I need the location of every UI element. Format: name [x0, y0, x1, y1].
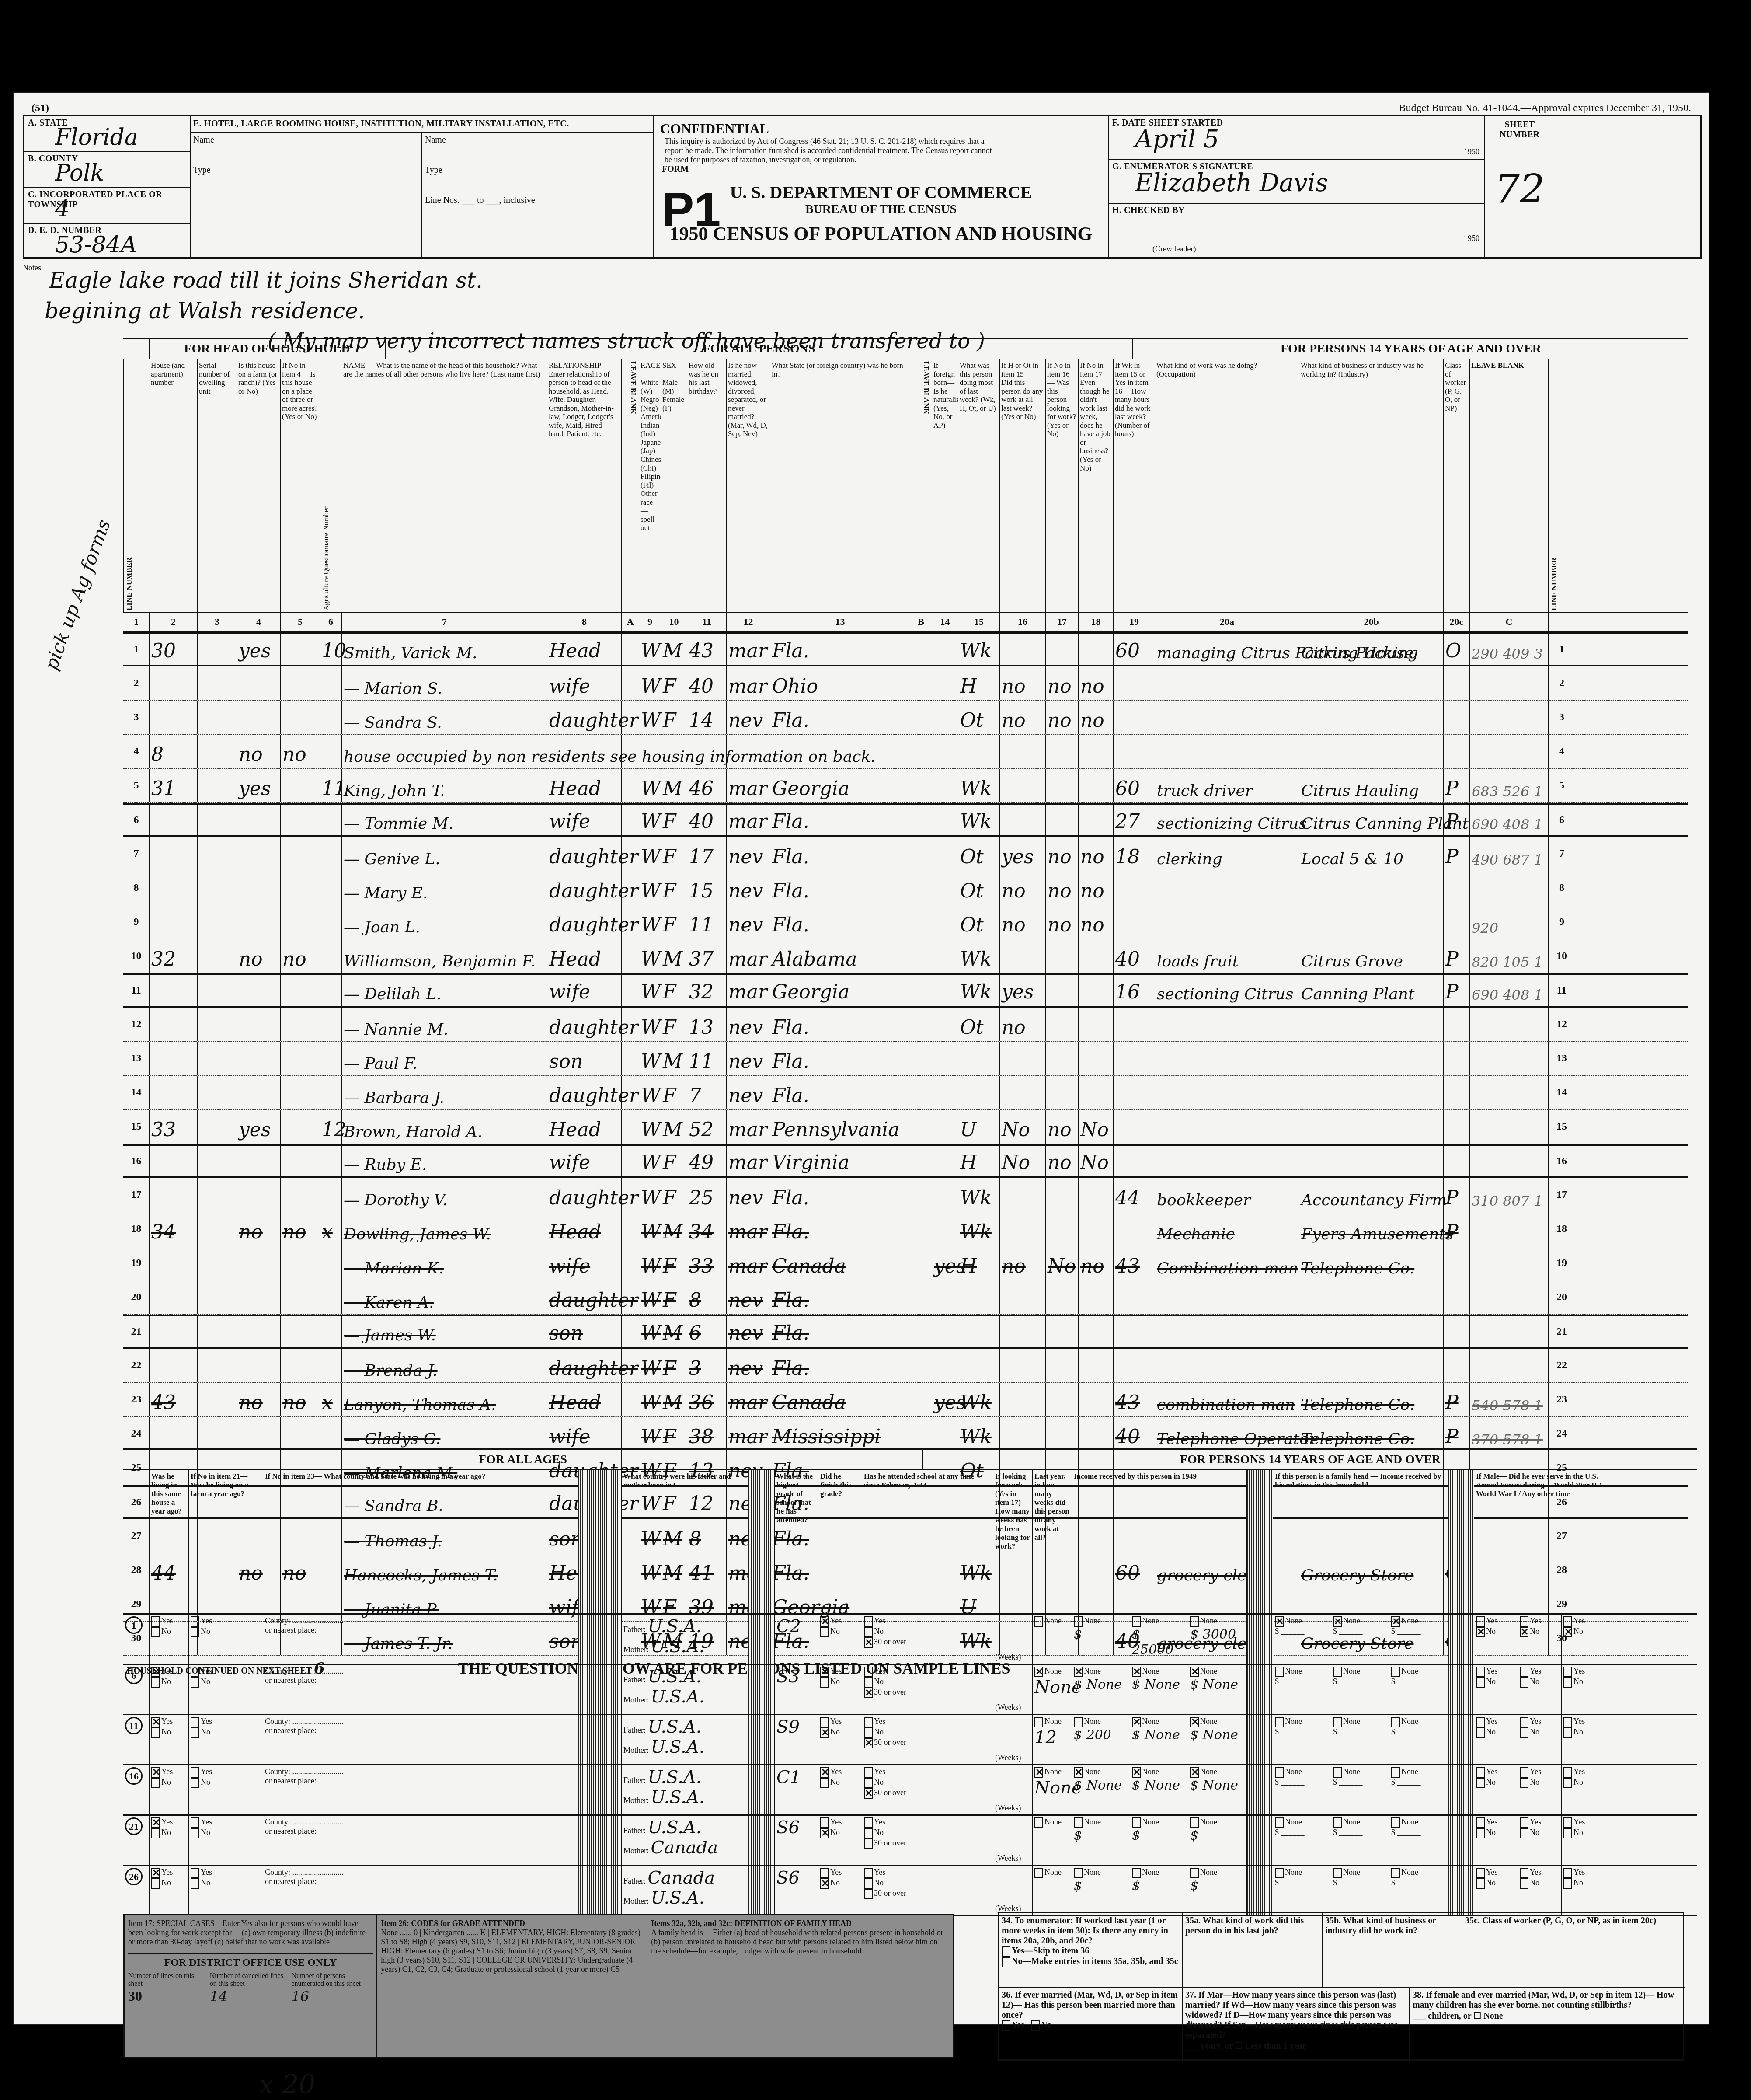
ag-questionnaire: 11 [320, 769, 342, 802]
has-job [1079, 805, 1114, 835]
leave-blank-e [748, 1615, 775, 1664]
table-row: 20— Karen A.daughterWF8nevFla.20 [123, 1280, 1688, 1315]
q31b-business: None$ 25000 [1130, 1615, 1188, 1664]
q21-no-checkbox[interactable] [151, 1677, 160, 1688]
q31b-none-checkbox[interactable]: ✕ [1132, 1717, 1141, 1727]
q27-no-checkbox[interactable]: ✕ [820, 1878, 829, 1889]
marital-status: nev [727, 1076, 770, 1109]
q27-no-checkbox[interactable] [820, 1778, 829, 1788]
industry [1299, 1349, 1444, 1382]
q33a-no-checkbox[interactable] [1476, 1727, 1485, 1738]
q24-residence: County: ..........................or nea… [263, 1765, 578, 1814]
class-of-worker [1444, 1246, 1470, 1280]
q21-yes-checkbox[interactable] [151, 1616, 160, 1627]
sample-line-number: 6 [123, 1665, 150, 1714]
marital-status: mar [727, 634, 770, 665]
looking-for-work: no [1046, 1110, 1079, 1144]
serial-number [198, 735, 237, 768]
industry: Telephone Co. [1299, 1246, 1444, 1280]
ag-questionnaire [320, 805, 342, 835]
serial-number [198, 1417, 237, 1451]
q31b-none-checkbox[interactable]: ✕ [1132, 1767, 1141, 1778]
leave-blank-b [910, 1316, 932, 1347]
q22-yes-checkbox[interactable] [191, 1616, 199, 1627]
line-number-right: 1 [1549, 634, 1575, 665]
q22-yes-checkbox[interactable] [191, 1767, 199, 1778]
line-number-right: 24 [1549, 1417, 1575, 1451]
looking-for-work: no [1046, 701, 1079, 734]
q34-yes-checkbox[interactable] [1002, 1946, 1010, 1957]
q27-yes-checkbox[interactable]: ✕ [820, 1667, 829, 1677]
leave-blank-b [910, 1246, 932, 1280]
has-job [1079, 1042, 1114, 1075]
q32b-none-checkbox[interactable] [1333, 1817, 1342, 1828]
leave-blank-e [748, 1765, 775, 1814]
q33c-yes-checkbox[interactable] [1563, 1767, 1572, 1778]
house-number [150, 1316, 198, 1347]
q32c: None$ ______ [1389, 1665, 1448, 1714]
q30-none-checkbox[interactable] [1034, 1717, 1043, 1727]
leave-blank-g [1448, 1866, 1474, 1915]
q31a-none-checkbox[interactable] [1074, 1817, 1083, 1828]
q26-grade: C1 [775, 1765, 818, 1814]
industry: Local 5 & 10 [1299, 837, 1444, 871]
sample-lines-section: FOR ALL AGES FOR PERSONS 14 YEARS OF AGE… [123, 1448, 1697, 1908]
q33b-yes-checkbox[interactable] [1520, 1667, 1528, 1677]
q33a-no-checkbox[interactable] [1476, 1778, 1485, 1788]
leave-blank-a [622, 1178, 639, 1212]
house-number: 33 [150, 1110, 198, 1144]
ag-questionnaire [320, 1316, 342, 1347]
has-job: no [1079, 905, 1114, 939]
q21-no-checkbox[interactable] [151, 1778, 160, 1788]
q21-no-checkbox[interactable] [151, 1828, 160, 1838]
q32a-none-checkbox[interactable] [1275, 1667, 1284, 1677]
leave-blank-d [578, 1665, 622, 1714]
q22-no-checkbox[interactable] [191, 1727, 199, 1738]
q32a: None$ ______ [1273, 1715, 1331, 1764]
q30-none-checkbox[interactable] [1034, 1868, 1043, 1878]
q33c-yes-checkbox[interactable] [1563, 1817, 1572, 1828]
q31b-none-checkbox[interactable]: ✕ [1132, 1667, 1141, 1677]
q33a-no-checkbox[interactable]: ✕ [1476, 1627, 1485, 1637]
q22-no-checkbox[interactable] [191, 1627, 199, 1637]
age [687, 735, 727, 768]
q33a-yes-checkbox[interactable] [1476, 1817, 1485, 1828]
did-work: No [1000, 1110, 1046, 1144]
leave-blank-a [622, 1042, 639, 1075]
marital-status: mar [727, 1417, 770, 1451]
q33b-no-checkbox[interactable] [1520, 1778, 1528, 1788]
has-job: no [1079, 1246, 1114, 1280]
q30-none-checkbox[interactable]: ✕ [1034, 1767, 1043, 1778]
q33b-yes-checkbox[interactable] [1520, 1616, 1528, 1627]
q31c-none-checkbox[interactable]: ✕ [1190, 1717, 1199, 1727]
sex: F [661, 905, 687, 939]
sample-rows: 1YesNoYesNoCounty: .....................… [123, 1615, 1697, 1916]
farm [237, 1178, 281, 1212]
census-title: 1950 CENSUS OF POPULATION AND HOUSING [660, 223, 1102, 245]
marital-status: mar [727, 769, 770, 802]
q31b-business: ✕None$ None [1130, 1765, 1188, 1814]
question-36: 36. If ever married (Mar, Wd, D, or Sep … [999, 1988, 1183, 2062]
looking-for-work [1046, 1417, 1079, 1451]
q33a-yes-checkbox[interactable] [1476, 1767, 1485, 1778]
q32a-none-checkbox[interactable] [1275, 1817, 1284, 1828]
ag-questionnaire [320, 1280, 342, 1314]
acres [281, 1246, 320, 1280]
q28-attended: YesNo30 or over [862, 1866, 993, 1915]
q28-yes-checkbox[interactable] [864, 1717, 873, 1727]
q33b-no-checkbox[interactable] [1520, 1727, 1528, 1738]
q27-yes-checkbox[interactable]: ✕ [820, 1616, 829, 1627]
naturalized [932, 1280, 958, 1314]
q33c-no-checkbox[interactable] [1563, 1828, 1572, 1838]
q30-weeks-worked: ✕NoneNone [1033, 1765, 1072, 1814]
looking-for-work [1046, 1212, 1079, 1246]
q33a-yes-checkbox[interactable] [1476, 1616, 1485, 1627]
q33c-other: YesNo [1562, 1866, 1605, 1915]
q22-yes-checkbox[interactable] [191, 1868, 199, 1878]
q28-yes-checkbox[interactable] [864, 1868, 873, 1878]
line-number-right: 4 [1549, 735, 1575, 768]
form-code: (51) [31, 102, 49, 114]
q28-yes-checkbox[interactable] [864, 1817, 873, 1828]
leave-blank-g [1448, 1816, 1474, 1865]
q32c-none-checkbox[interactable]: ✕ [1391, 1616, 1400, 1627]
q22-yes-checkbox[interactable] [191, 1667, 199, 1677]
q27-yes-checkbox[interactable] [820, 1817, 829, 1828]
occupation [1155, 1042, 1299, 1075]
birthplace: Virginia [770, 1146, 910, 1176]
question-35c: 35c. Class of worker (P, G, O, or NP, as… [1462, 1913, 1685, 1988]
occupation [1155, 905, 1299, 939]
industry [1299, 905, 1444, 939]
q33c-no-checkbox[interactable] [1563, 1778, 1572, 1788]
q33b-no-checkbox[interactable] [1520, 1878, 1528, 1889]
has-job [1079, 975, 1114, 1006]
q28-no-checkbox[interactable] [864, 1627, 873, 1637]
leave-blank-d [578, 1816, 622, 1865]
q34-no-checkbox[interactable] [1002, 1957, 1010, 1967]
sex: F [661, 975, 687, 1006]
q28-no-checkbox[interactable] [864, 1828, 873, 1838]
house-number: 31 [150, 769, 198, 802]
q28-30-over-checkbox[interactable]: ✕ [864, 1637, 873, 1648]
q27-finished: Yes✕No [818, 1715, 862, 1764]
q33a-yes-checkbox[interactable] [1476, 1717, 1485, 1727]
q32c-none-checkbox[interactable] [1391, 1817, 1400, 1828]
farm [237, 1349, 281, 1382]
q31b-none-checkbox[interactable] [1132, 1817, 1141, 1828]
q28-30-over-checkbox[interactable]: ✕ [864, 1788, 873, 1799]
sex: M [661, 1316, 687, 1347]
relationship: son [547, 1316, 622, 1347]
farm [237, 1280, 281, 1314]
question-35b: 35b. What kind of business or industry d… [1323, 1913, 1462, 1988]
sex: F [661, 1246, 687, 1280]
serial-number [198, 1008, 237, 1041]
age: 38 [687, 1417, 727, 1451]
place-field: c. INCORPORATED PLACE OR TOWNSHIP 4 [24, 188, 190, 224]
q28-30-over-checkbox[interactable] [864, 1889, 873, 1899]
q28-yes-checkbox[interactable] [864, 1616, 873, 1627]
q28-no-checkbox[interactable] [864, 1778, 873, 1788]
q33c-no-checkbox[interactable] [1563, 1878, 1572, 1889]
office-code [1470, 701, 1549, 734]
q36-yes-checkbox[interactable] [1002, 2020, 1010, 2031]
q28-30-over-checkbox[interactable]: ✕ [864, 1688, 873, 1698]
q33c-yes-checkbox[interactable] [1563, 1667, 1572, 1677]
q33b-no-checkbox[interactable]: ✕ [1520, 1627, 1528, 1637]
house-number [150, 1246, 198, 1280]
q28-yes-checkbox[interactable] [864, 1767, 873, 1778]
q27-no-checkbox[interactable] [820, 1677, 829, 1688]
q29-weeks-looking: (Weeks) [993, 1665, 1033, 1714]
county-value: Polk [55, 160, 104, 186]
q32c-none-checkbox[interactable] [1391, 1868, 1400, 1878]
occupation [1155, 666, 1299, 700]
hours-worked [1114, 905, 1155, 939]
q28-30-over-checkbox[interactable]: ✕ [864, 1738, 873, 1748]
industry [1299, 871, 1444, 905]
date-value: April 5 [1135, 125, 1219, 153]
q22-yes-checkbox[interactable] [191, 1717, 199, 1727]
age: 40 [687, 805, 727, 835]
birthplace: Fla. [770, 1280, 910, 1314]
q27-yes-checkbox[interactable] [820, 1868, 829, 1878]
q33a-no-checkbox[interactable] [1476, 1828, 1485, 1838]
person-name: — Nannie M. [342, 1008, 547, 1041]
house-number: 34 [150, 1212, 198, 1246]
q31b-none-checkbox[interactable] [1132, 1868, 1141, 1878]
class-of-worker [1444, 1008, 1470, 1041]
line-number-right: 7 [1549, 837, 1575, 871]
q31a-none-checkbox[interactable]: ✕ [1074, 1767, 1083, 1778]
q22-yes-checkbox[interactable] [191, 1817, 199, 1828]
class-of-worker: O [1444, 634, 1470, 665]
q28-no-checkbox[interactable] [864, 1677, 873, 1688]
q33b-no-checkbox[interactable] [1520, 1828, 1528, 1838]
q33b-yes-checkbox[interactable] [1520, 1868, 1528, 1878]
q32c: ✕None$ ______ [1389, 1615, 1448, 1664]
class-of-worker [1444, 871, 1470, 905]
leave-blank-g [1448, 1615, 1474, 1664]
q28-30-over-checkbox[interactable] [864, 1838, 873, 1849]
line-number: 2 [123, 666, 150, 700]
class-of-worker: P [1444, 805, 1470, 835]
q30-weeks-worked: ✕NoneNone [1033, 1665, 1072, 1714]
q21-yes-checkbox[interactable]: ✕ [151, 1868, 160, 1878]
has-job [1079, 1008, 1114, 1041]
sex: F [661, 1146, 687, 1176]
question-34: 34. To enumerator: If worked last year (… [999, 1913, 1183, 1988]
naturalized [932, 805, 958, 835]
leave-blank-f [1247, 1665, 1273, 1714]
q21-yes-checkbox[interactable]: ✕ [151, 1667, 160, 1677]
q22-no-checkbox[interactable] [191, 1778, 199, 1788]
q33c-no-checkbox[interactable]: ✕ [1563, 1627, 1572, 1637]
q28-yes-checkbox[interactable] [864, 1667, 873, 1677]
relationship: daughter [547, 1008, 622, 1041]
naturalized [932, 975, 958, 1006]
q21-no-checkbox[interactable] [151, 1878, 160, 1889]
q32b-none-checkbox[interactable] [1333, 1717, 1342, 1727]
q33c-yes-checkbox[interactable] [1563, 1616, 1572, 1627]
q31a-none-checkbox[interactable] [1074, 1868, 1083, 1878]
age: 14 [687, 701, 727, 734]
q30-none-checkbox[interactable] [1034, 1817, 1043, 1828]
house-number: 30 [150, 634, 198, 665]
q33c-other: YesNo [1562, 1715, 1605, 1764]
q32b-none-checkbox[interactable] [1333, 1868, 1342, 1878]
did-work [1000, 1212, 1046, 1246]
q31c-none-checkbox[interactable]: ✕ [1190, 1667, 1199, 1677]
budget-bureau-note: Budget Bureau No. 41-1044.—Approval expi… [1399, 102, 1691, 114]
table-row: 9— Joan L.daughterWF11nevFla.Otnonono920… [123, 905, 1688, 939]
person-name: — James W. [342, 1316, 547, 1347]
q33c-no-checkbox[interactable] [1563, 1727, 1572, 1738]
acres [281, 1110, 320, 1144]
q33b-yes-checkbox[interactable] [1520, 1817, 1528, 1828]
q31c-other-income: None$ [1188, 1866, 1247, 1915]
race: W [639, 1383, 661, 1416]
birthplace: Ohio [770, 666, 910, 700]
race: W [639, 939, 661, 973]
q22-no-checkbox[interactable] [191, 1878, 199, 1889]
leave-blank-a [622, 1349, 639, 1382]
q32c-none-checkbox[interactable] [1391, 1667, 1400, 1677]
q32b-none-checkbox[interactable] [1333, 1667, 1342, 1677]
q31b-none-checkbox[interactable] [1132, 1616, 1141, 1627]
q33a-yes-checkbox[interactable] [1476, 1868, 1485, 1878]
age: 25 [687, 1178, 727, 1212]
q25-parents-birthplace: Father: U.S.A.Mother: U.S.A. [622, 1765, 748, 1814]
q21-yes-checkbox[interactable]: ✕ [151, 1717, 160, 1727]
occupation [1155, 1146, 1299, 1176]
q33b-yes-checkbox[interactable] [1520, 1717, 1528, 1727]
q21-yes-checkbox[interactable]: ✕ [151, 1767, 160, 1778]
q33b-ww1: Yes✕No [1518, 1615, 1562, 1664]
q27-yes-checkbox[interactable]: ✕ [820, 1767, 829, 1778]
q36-no-checkbox[interactable] [1031, 2020, 1040, 2031]
note-line-2: begining at Walsh residence. [45, 298, 365, 324]
q32a-none-checkbox[interactable] [1275, 1717, 1284, 1727]
ag-questionnaire [320, 1008, 342, 1041]
q27-yes-checkbox[interactable] [820, 1717, 829, 1727]
looking-for-work: no [1046, 666, 1079, 700]
q32c-none-checkbox[interactable] [1391, 1767, 1400, 1778]
q33b-no-checkbox[interactable] [1520, 1677, 1528, 1688]
q31c-none-checkbox[interactable] [1190, 1616, 1199, 1627]
q31a-none-checkbox[interactable] [1074, 1717, 1083, 1727]
farm [237, 1146, 281, 1176]
q32a-none-checkbox[interactable] [1275, 1767, 1284, 1778]
line-number-right: 8 [1549, 871, 1575, 905]
farm [237, 1316, 281, 1347]
q32b-none-checkbox[interactable] [1333, 1767, 1342, 1778]
q31a-none-checkbox[interactable]: ✕ [1074, 1667, 1083, 1677]
q31a-none-checkbox[interactable] [1074, 1616, 1083, 1627]
ag-questionnaire [320, 905, 342, 939]
line-number-right: 11 [1549, 975, 1575, 1006]
occupation: Telephone Operator [1155, 1417, 1299, 1451]
confidential-label: CONFIDENTIAL [660, 121, 769, 137]
ag-questionnaire [320, 1246, 342, 1280]
line-number-right: 18 [1549, 1212, 1575, 1246]
acres [281, 805, 320, 835]
q22-no-checkbox[interactable] [191, 1828, 199, 1838]
relationship: daughter [547, 905, 622, 939]
line-number-right: 13 [1549, 1042, 1575, 1075]
q27-no-checkbox[interactable]: ✕ [820, 1828, 829, 1838]
date-enumerator-fields: f. DATE SHEET STARTED April 5 1950 g. EN… [1109, 116, 1485, 257]
q22-no-checkbox[interactable] [191, 1677, 199, 1688]
q21-no-checkbox[interactable] [151, 1727, 160, 1738]
q31c-none-checkbox[interactable] [1190, 1817, 1199, 1828]
person-name: — Mary E. [342, 871, 547, 905]
person-name: — Brenda J. [342, 1349, 547, 1382]
q28-no-checkbox[interactable] [864, 1727, 873, 1738]
q33c-other: Yes✕No [1562, 1615, 1605, 1664]
q33c-yes-checkbox[interactable] [1563, 1868, 1572, 1878]
q33b-ww1: YesNo [1518, 1765, 1562, 1814]
birthplace: Fla. [770, 701, 910, 734]
q33b-yes-checkbox[interactable] [1520, 1767, 1528, 1778]
acres [281, 975, 320, 1006]
office-code [1470, 1246, 1549, 1280]
q32b-none-checkbox[interactable]: ✕ [1333, 1616, 1342, 1627]
hours-worked [1114, 1110, 1155, 1144]
q27-no-checkbox[interactable] [820, 1627, 829, 1637]
serial-number [198, 1316, 237, 1347]
q31c-none-checkbox[interactable] [1190, 1868, 1199, 1878]
q27-no-checkbox[interactable]: ✕ [820, 1727, 829, 1738]
industry [1299, 1280, 1444, 1314]
q33a-no-checkbox[interactable] [1476, 1878, 1485, 1889]
q21-no-checkbox[interactable] [151, 1627, 160, 1637]
q30-none-checkbox[interactable] [1034, 1616, 1043, 1627]
q28-no-checkbox[interactable] [864, 1878, 873, 1889]
q33a-yes-checkbox[interactable] [1476, 1667, 1485, 1677]
q32a-none-checkbox[interactable] [1275, 1868, 1284, 1878]
q30-weeks-worked: None12 [1033, 1715, 1072, 1764]
line-number-right: 23 [1549, 1383, 1575, 1416]
q32c-none-checkbox[interactable] [1391, 1717, 1400, 1727]
sample-row: 21✕YesNoYesNoCounty: ...................… [123, 1816, 1697, 1866]
line-number-right: 21 [1549, 1316, 1575, 1347]
q21-yes-checkbox[interactable]: ✕ [151, 1817, 160, 1828]
q32a-none-checkbox[interactable]: ✕ [1275, 1616, 1284, 1627]
leave-blank-b [910, 1349, 932, 1382]
hours-worked [1114, 1212, 1155, 1246]
q31c-none-checkbox[interactable]: ✕ [1190, 1767, 1199, 1778]
q33c-no-checkbox[interactable] [1563, 1677, 1572, 1688]
farm: no [237, 1212, 281, 1246]
looking-for-work: No [1046, 1246, 1079, 1280]
did-work [1000, 1280, 1046, 1314]
marital-status: mar [727, 939, 770, 973]
farm: no [237, 939, 281, 973]
q33a-no-checkbox[interactable] [1476, 1677, 1485, 1688]
naturalized [932, 634, 958, 665]
sample-line-number: 16 [123, 1765, 150, 1814]
q33c-yes-checkbox[interactable] [1563, 1717, 1572, 1727]
looking-for-work [1046, 1008, 1079, 1041]
q32c: None$ ______ [1389, 1816, 1448, 1865]
q30-none-checkbox[interactable]: ✕ [1034, 1667, 1043, 1677]
race: W [639, 1008, 661, 1041]
